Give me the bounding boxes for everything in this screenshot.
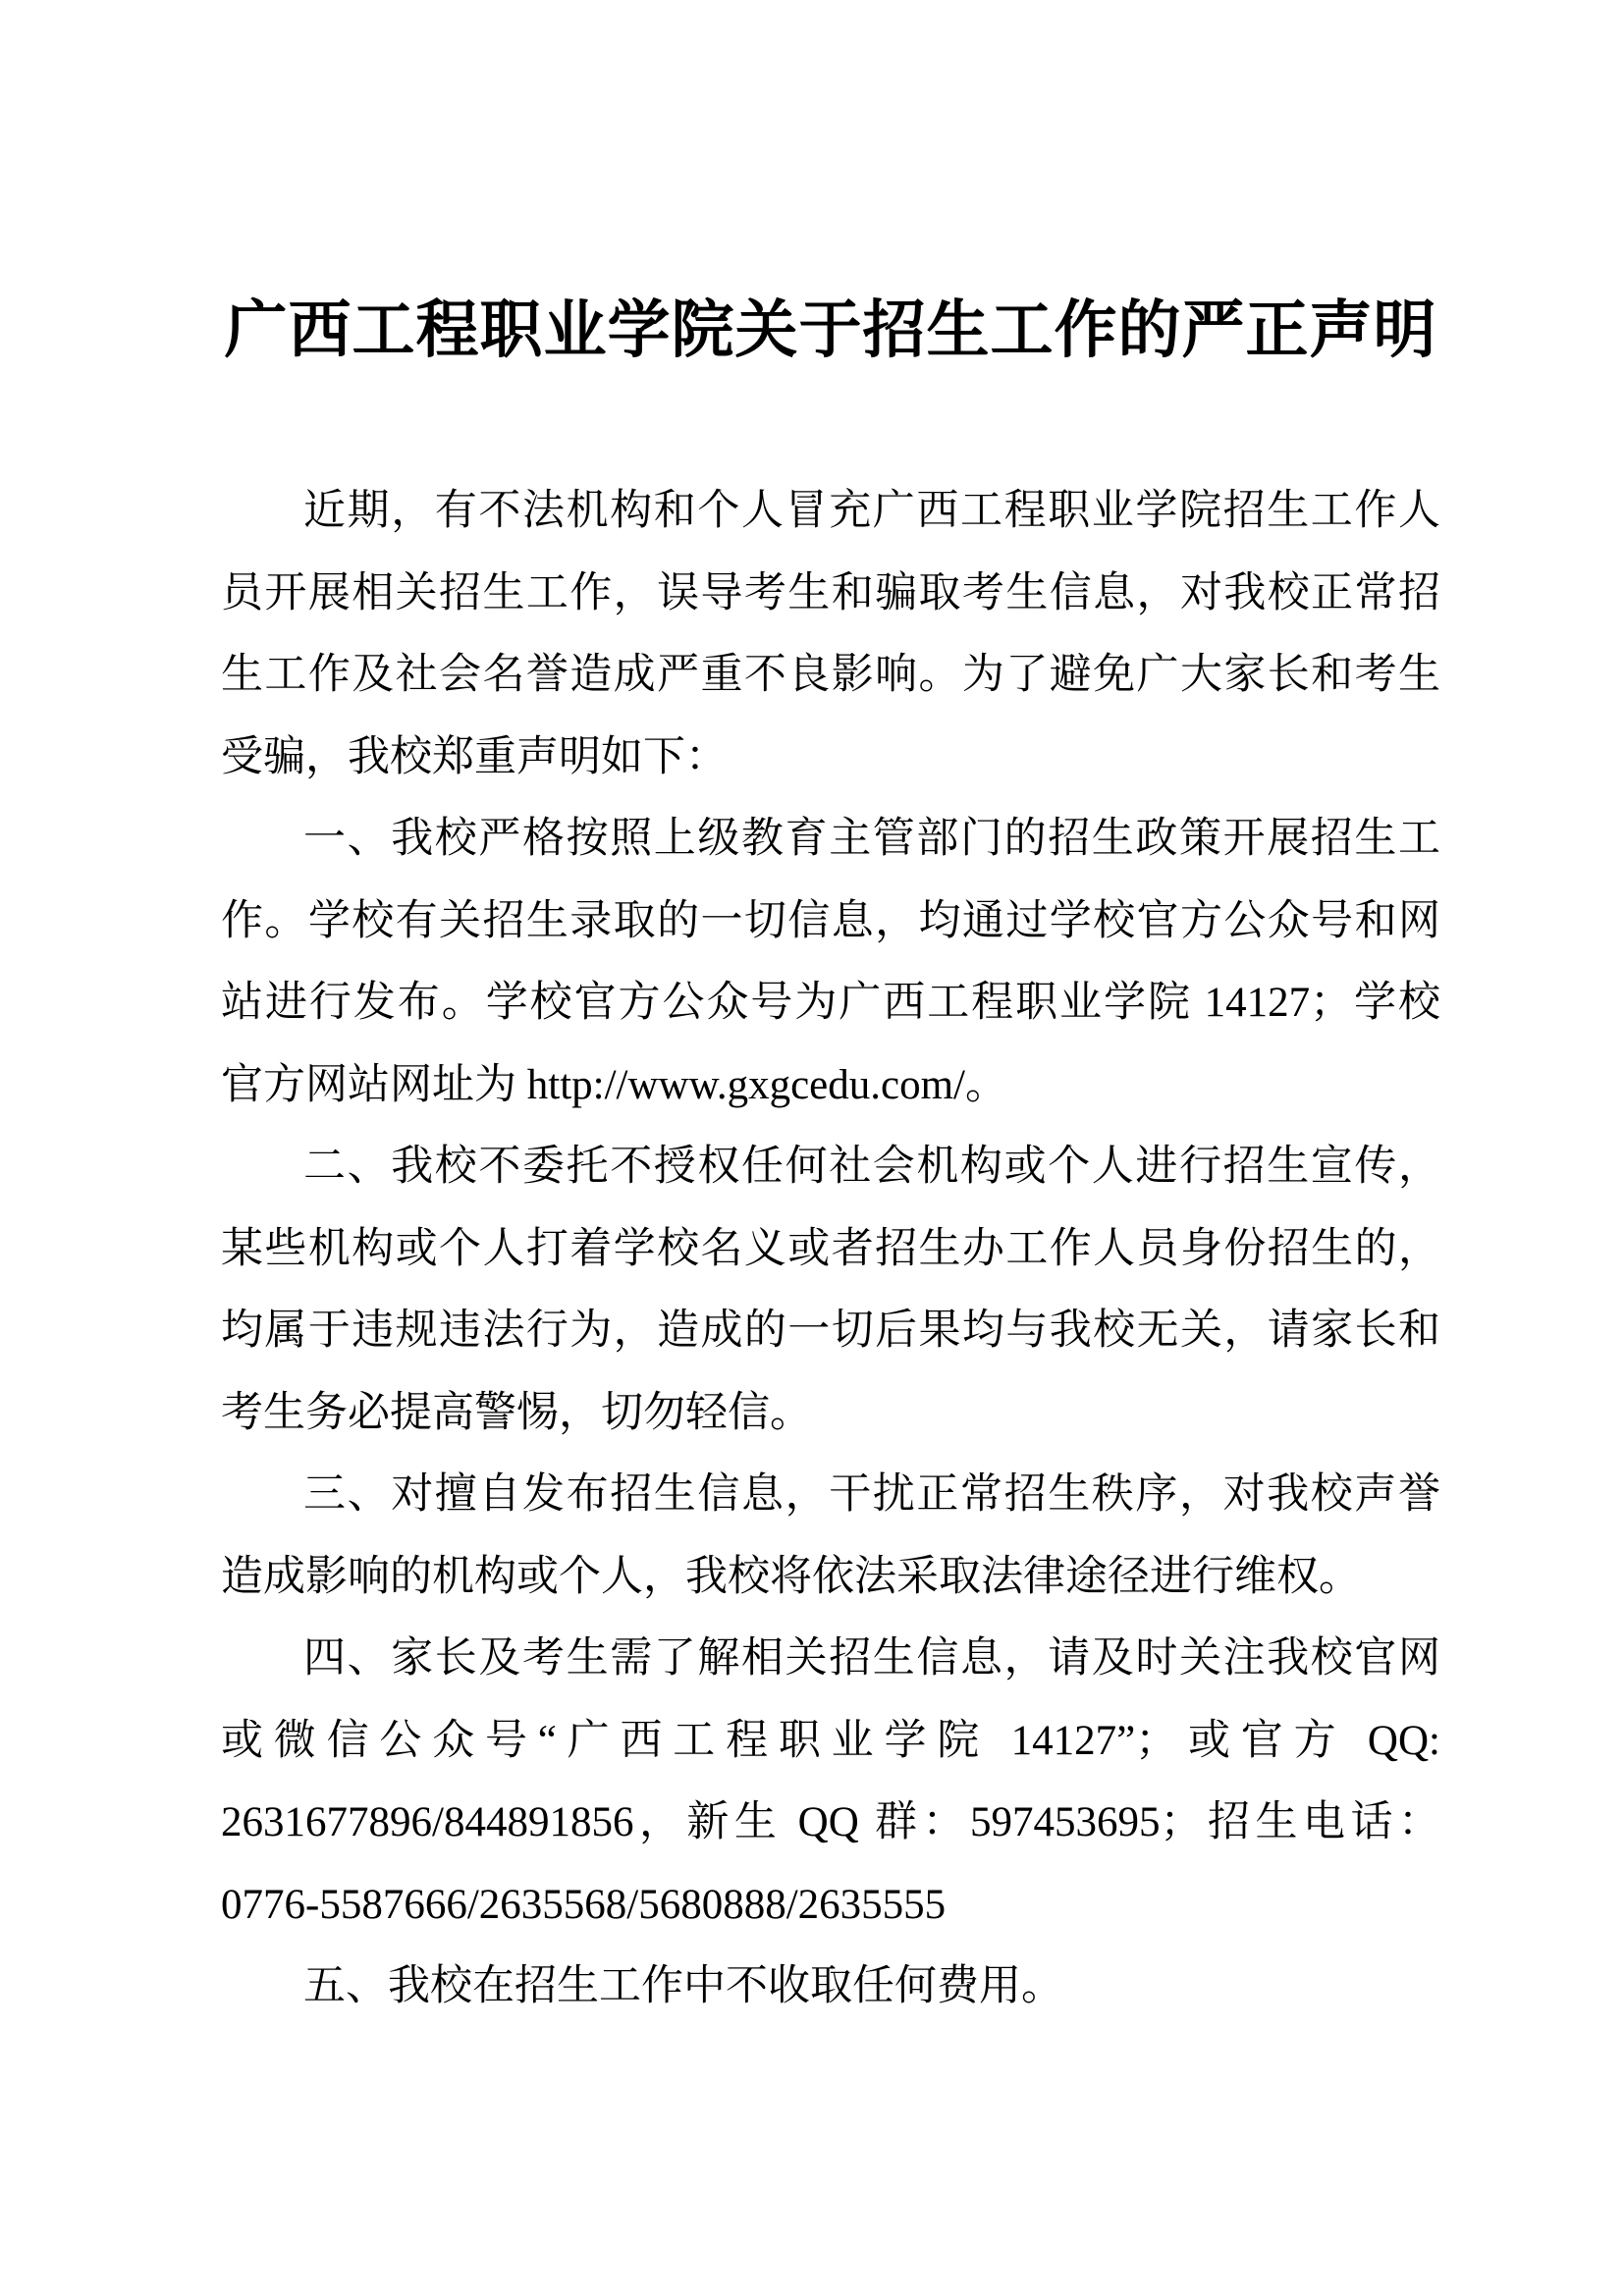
doc-line: 考生务必提高警惕，切勿轻信。 — [221, 1372, 1440, 1455]
paragraph-item-3: 三、对擅自发布招生信息，干扰正常招生秩序，对我校声誉 造成影响的机构或个人，我校… — [221, 1454, 1440, 1618]
doc-line: 或微信公众号“广西工程职业学院 14127”；或官方 QQ: — [221, 1700, 1440, 1783]
doc-line: 站进行发布。学校官方公众号为广西工程职业学院 14127；学校 — [221, 962, 1440, 1044]
doc-line: 近期，有不法机构和个人冒充广西工程职业学院招生工作人 — [221, 470, 1440, 553]
doc-line: 一、我校严格按照上级教育主管部门的招生政策开展招生工 — [221, 798, 1440, 881]
doc-line: 0776-5587666/2635568/5680888/2635555 — [221, 1864, 1440, 1947]
doc-line: 2631677896/844891856，新生 QQ 群：597453695；招… — [221, 1782, 1440, 1864]
doc-line: 某些机构或个人打着学校名义或者招生办工作人员身份招生的， — [221, 1208, 1440, 1291]
paragraph-item-5: 五、我校在招生工作中不收取任何费用。 — [221, 1946, 1440, 2028]
doc-line: 官方网站网址为 http://www.gxgcedu.com/。 — [221, 1044, 1440, 1127]
paragraph-item-1: 一、我校严格按照上级教育主管部门的招生政策开展招生工 作。学校有关招生录取的一切… — [221, 798, 1440, 1126]
doc-line: 受骗，我校郑重声明如下： — [221, 717, 1440, 799]
paragraph-item-4: 四、家长及考生需了解相关招生信息，请及时关注我校官网 或微信公众号“广西工程职业… — [221, 1618, 1440, 1946]
doc-line: 均属于违规违法行为，造成的一切后果均与我校无关，请家长和 — [221, 1290, 1440, 1372]
doc-line: 生工作及社会名誉造成严重不良影响。为了避免广大家长和考生 — [221, 634, 1440, 717]
doc-line: 作。学校有关招生录取的一切信息，均通过学校官方公众号和网 — [221, 881, 1440, 963]
document-title: 广西工程职业学院关于招生工作的严正声明 — [221, 291, 1440, 371]
document-page: 广西工程职业学院关于招生工作的严正声明 近期，有不法机构和个人冒充广西工程职业学… — [0, 0, 1624, 2296]
doc-line: 二、我校不委托不授权任何社会机构或个人进行招生宣传， — [221, 1126, 1440, 1208]
doc-line: 三、对擅自发布招生信息，干扰正常招生秩序，对我校声誉 — [221, 1454, 1440, 1536]
doc-line: 四、家长及考生需了解相关招生信息，请及时关注我校官网 — [221, 1618, 1440, 1700]
doc-line: 五、我校在招生工作中不收取任何费用。 — [221, 1946, 1440, 2028]
doc-line: 造成影响的机构或个人，我校将依法采取法律途径进行维权。 — [221, 1536, 1440, 1619]
document-body: 近期，有不法机构和个人冒充广西工程职业学院招生工作人 员开展相关招生工作，误导考… — [221, 470, 1440, 2028]
paragraph-intro: 近期，有不法机构和个人冒充广西工程职业学院招生工作人 员开展相关招生工作，误导考… — [221, 470, 1440, 798]
doc-line: 员开展相关招生工作，误导考生和骗取考生信息，对我校正常招 — [221, 553, 1440, 635]
paragraph-item-2: 二、我校不委托不授权任何社会机构或个人进行招生宣传， 某些机构或个人打着学校名义… — [221, 1126, 1440, 1454]
